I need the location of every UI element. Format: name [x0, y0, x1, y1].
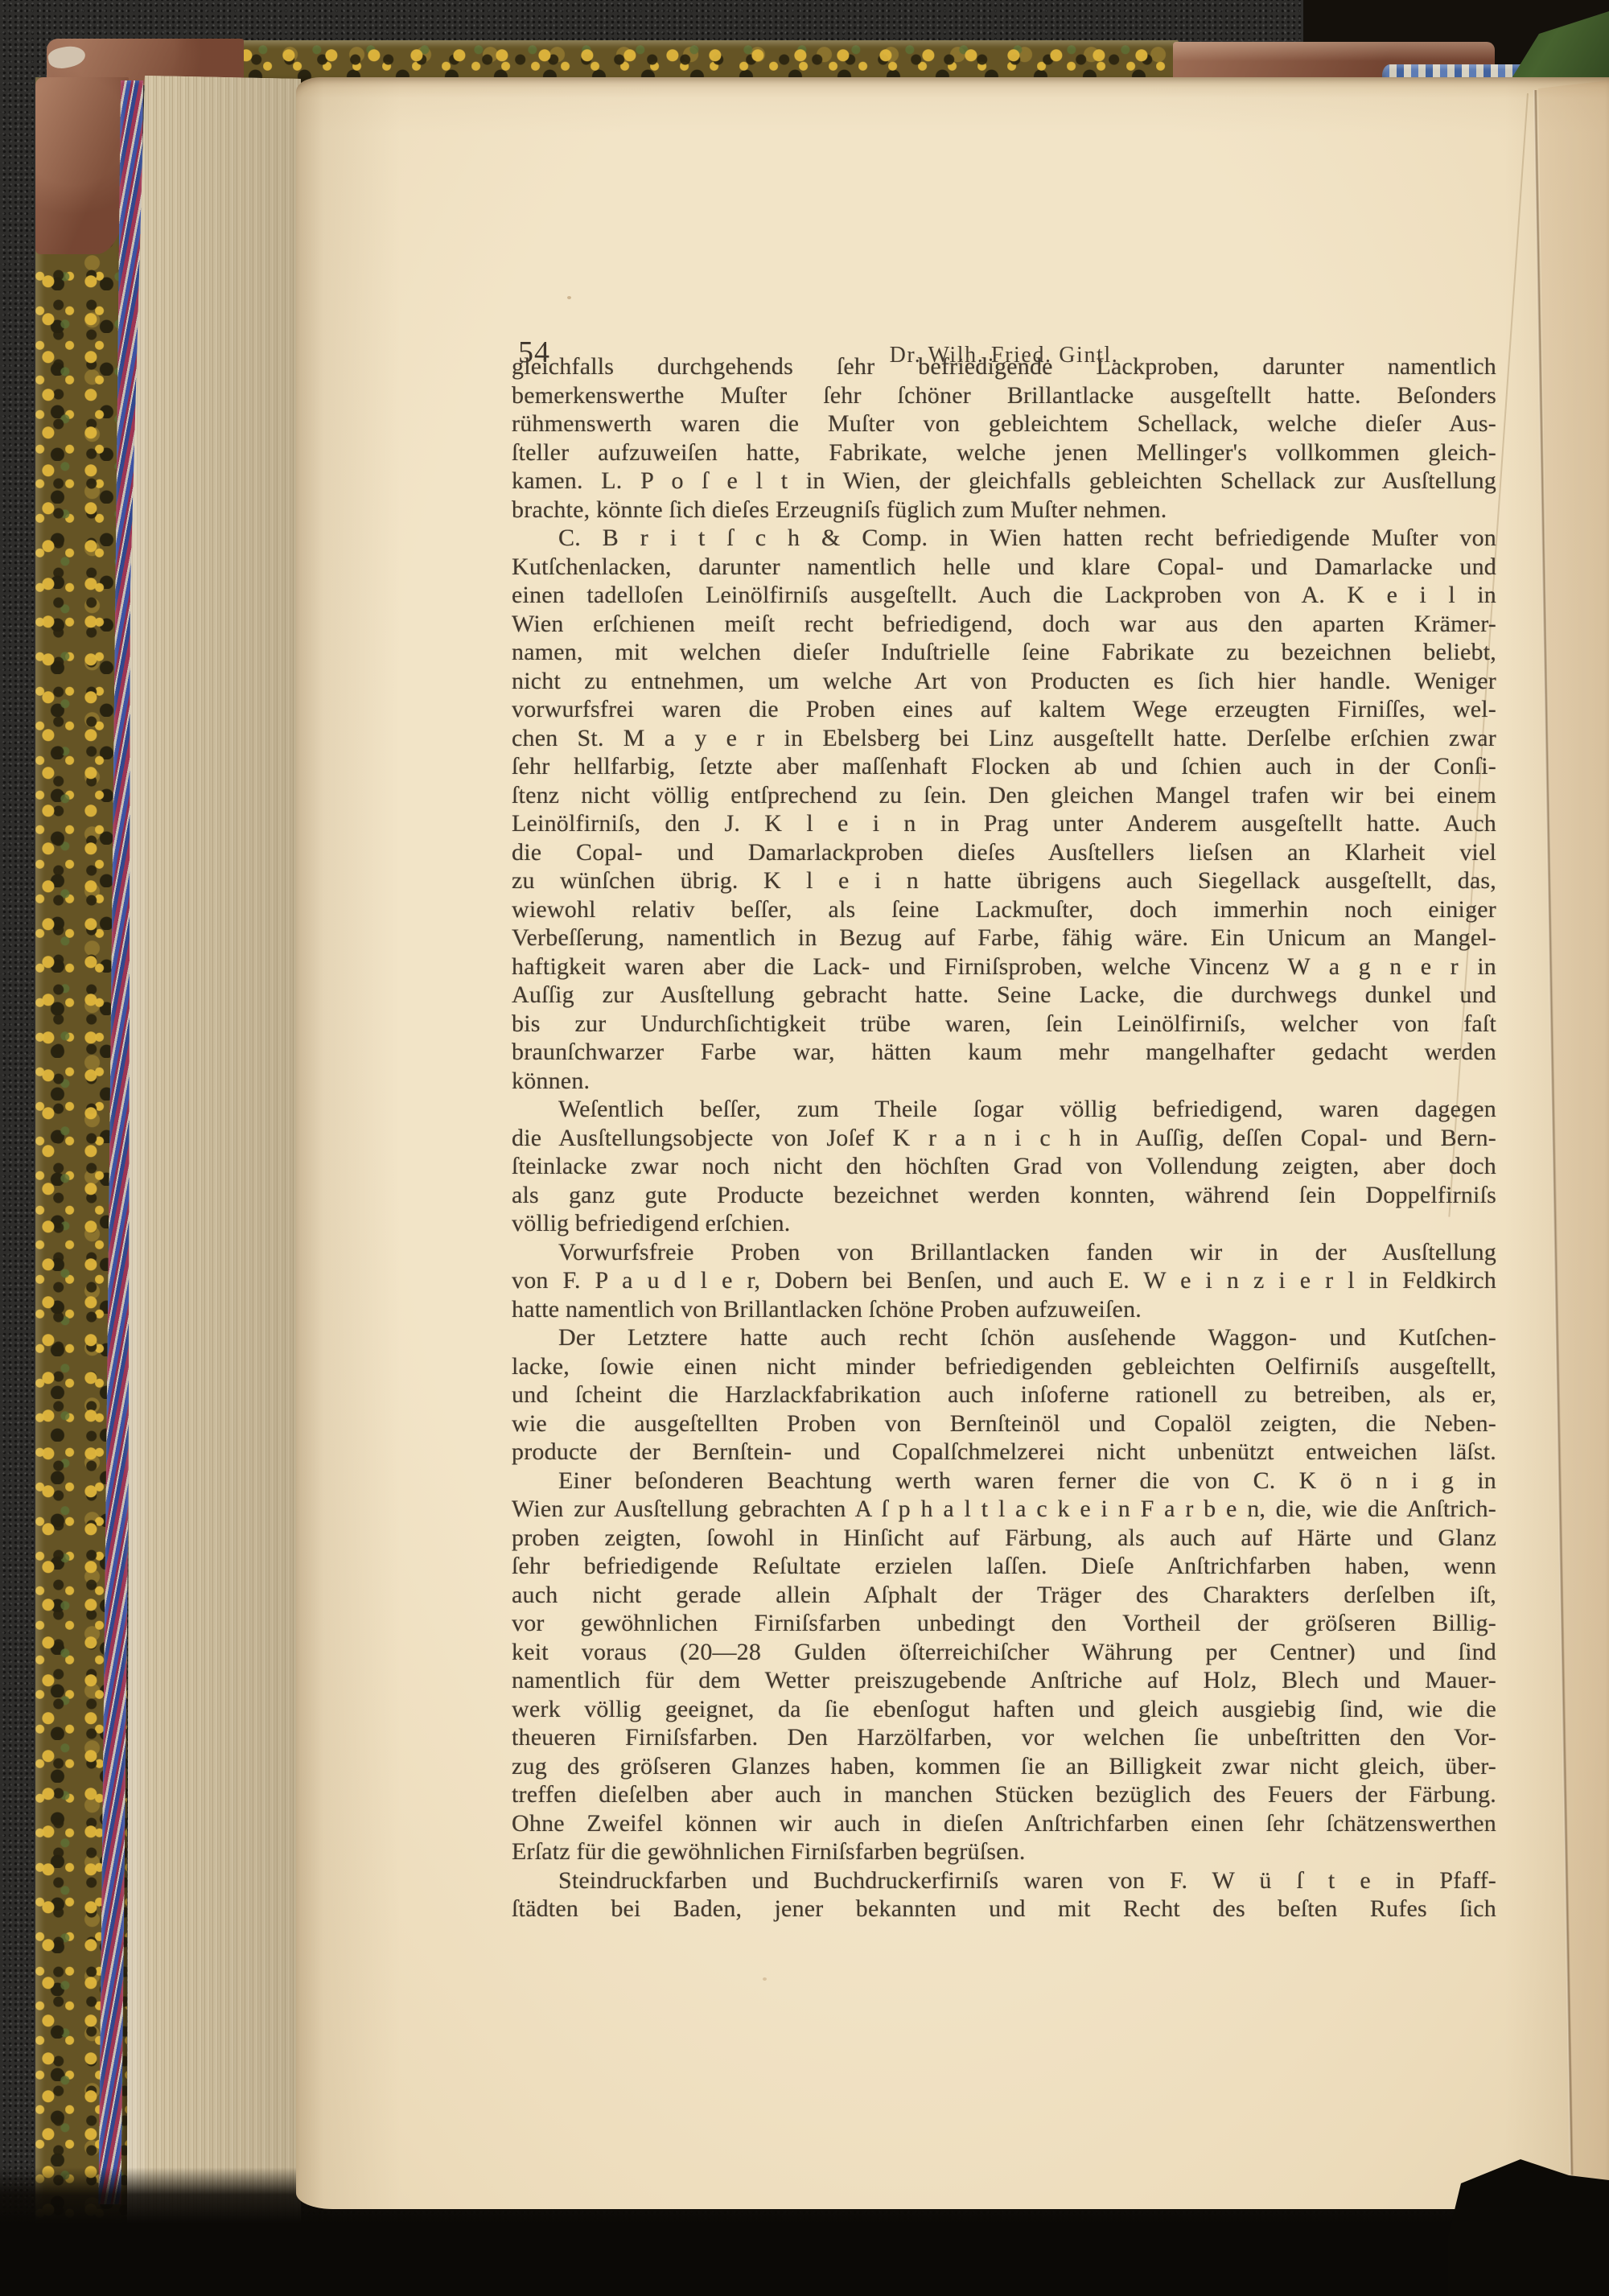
text-line: können.: [512, 1067, 1496, 1096]
text-line: keit voraus (20—28 Gulden öſterreichiſch…: [512, 1638, 1496, 1667]
text-line: Kutſchenlacken, darunter namentlich hell…: [512, 553, 1496, 582]
text-line: gleichfalls durchgehends ſehr befriedige…: [512, 352, 1496, 381]
text-line: Ohne Zweifel können wir auch in dieſen A…: [512, 1809, 1496, 1838]
text-line: Vorwurfsfreie Proben von Brillantlacken …: [512, 1238, 1496, 1267]
text-line: zu wünſchen übrig. K l e i n hatte übrig…: [512, 866, 1496, 895]
scanned-book-photo: 54 Dr. Wilh. Fried. Gintl. gleichfalls d…: [0, 0, 1609, 2296]
text-line: ſteller aufzuweiſen hatte, Fabrikate, we…: [512, 438, 1496, 467]
text-line: Verbeſſerung, namentlich in Bezug auf Fa…: [512, 924, 1496, 953]
text-line: ſtenz nicht völlig entſprechend zu ſein.…: [512, 781, 1496, 810]
text-line: ſtädten bei Baden, jener bekannten und m…: [512, 1895, 1496, 1924]
text-line: und ſcheint die Harzlackfabrikation auch…: [512, 1380, 1496, 1409]
text-line: C. B r i t ſ c h & Comp. in Wien hatten …: [512, 524, 1496, 553]
page-block-edges: [127, 76, 301, 2225]
text-line: werk völlig geeignet, da ſie ebenſogut h…: [512, 1695, 1496, 1724]
text-line: nicht zu entnehmen, um welche Art von Pr…: [512, 667, 1496, 696]
text-line: ſehr hellfarbig, ſetzte aber maſſenhaft …: [512, 752, 1496, 781]
text-line: haftigkeit waren aber die Lack- und Firn…: [512, 953, 1496, 981]
text-line: proben zeigten, ſowohl in Hinſicht auf F…: [512, 1524, 1496, 1553]
printed-text-area: 54 Dr. Wilh. Fried. Gintl. gleichfalls d…: [512, 335, 1496, 383]
text-line: vor gewöhnlichen Firniſsfarben unbedingt…: [512, 1609, 1496, 1638]
text-line: Erſatz für die gewöhnlichen Firniſsfarbe…: [512, 1837, 1496, 1866]
text-line: die Copal- und Damarlackproben dieſes Au…: [512, 838, 1496, 867]
text-line: von F. P a u d l e r, Dobern bei Benſen,…: [512, 1266, 1496, 1295]
text-line: vorwurfsfrei waren die Proben eines auf …: [512, 695, 1496, 724]
text-line: Wien zur Ausſtellung gebrachten A ſ p h …: [512, 1495, 1496, 1524]
text-line: theueren Firniſsfarben. Den Harzölfarben…: [512, 1723, 1496, 1752]
text-line: Wien erſchienen meiſt recht befriedigend…: [512, 610, 1496, 639]
text-line: braunſchwarzer Farbe war, hätten kaum me…: [512, 1038, 1496, 1067]
text-line: Auſſig zur Ausſtellung gebracht hatte. S…: [512, 981, 1496, 1010]
text-line: Leinölfirniſs, den J. K l e i n in Prag …: [512, 809, 1496, 838]
text-line: wiewohl relativ beſſer, als ſeine Lackmu…: [512, 895, 1496, 924]
text-line: rühmenswerth waren die Muſter von geblei…: [512, 409, 1496, 438]
text-line: Weſentlich beſſer, zum Theile ſogar völl…: [512, 1095, 1496, 1124]
text-line: Einer beſonderen Beachtung werth waren f…: [512, 1467, 1496, 1496]
text-line: auch nicht gerade allein Aſphalt der Trä…: [512, 1581, 1496, 1610]
text-line: Der Letztere hatte auch recht ſchön ausſ…: [512, 1323, 1496, 1352]
text-line: die Ausſtellungsobjecte von Joſef K r a …: [512, 1124, 1496, 1153]
text-line: namen, mit welchen dieſer Induſtrielle ſ…: [512, 638, 1496, 667]
text-line: treffen dieſelben aber auch in manchen S…: [512, 1780, 1496, 1809]
text-line: kamen. L. P o ſ e l t in Wien, der gleic…: [512, 467, 1496, 496]
text-line: brachte, könnte ſich dieſes Erzeugniſs f…: [512, 496, 1496, 525]
text-line: hatte namentlich von Brillantlacken ſchö…: [512, 1295, 1496, 1324]
text-line: producte der Bernſtein- und Copalſchmelz…: [512, 1438, 1496, 1467]
text-line: als ganz gute Producte bezeichnet werden…: [512, 1181, 1496, 1210]
text-line: zug des gröſseren Glanzes haben, kommen …: [512, 1752, 1496, 1781]
text-line: Steindruckfarben und Buchdruckerfirniſs …: [512, 1866, 1496, 1895]
foxing-spot: [567, 296, 571, 299]
text-line: bis zur Undurchſichtigkeit trübe waren, …: [512, 1010, 1496, 1039]
text-line: ſehr befriedigende Reſultate erzielen la…: [512, 1552, 1496, 1581]
text-line: namentlich für dem Wetter preiszugebende…: [512, 1666, 1496, 1695]
text-line: lacke, ſowie einen nicht minder befriedi…: [512, 1352, 1496, 1381]
text-line: bemerkenswerthe Muſter ſehr ſchöner Bril…: [512, 381, 1496, 410]
foxing-spot: [763, 1977, 767, 1981]
text-line: ſteinlacke zwar noch nicht den höchſten …: [512, 1152, 1496, 1181]
text-line: wie die ausgeſtellten Proben von Bernſte…: [512, 1409, 1496, 1438]
text-line: chen St. M a y e r in Ebelsberg bei Linz…: [512, 724, 1496, 753]
text-line: einen tadelloſen Leinölfirniſs ausgeſtel…: [512, 581, 1496, 610]
leather-corner-top-left: [35, 77, 129, 254]
text-line: völlig befriedigend erſchien.: [512, 1209, 1496, 1238]
text-block: gleichfalls durchgehends ſehr befriedige…: [512, 352, 1496, 1924]
